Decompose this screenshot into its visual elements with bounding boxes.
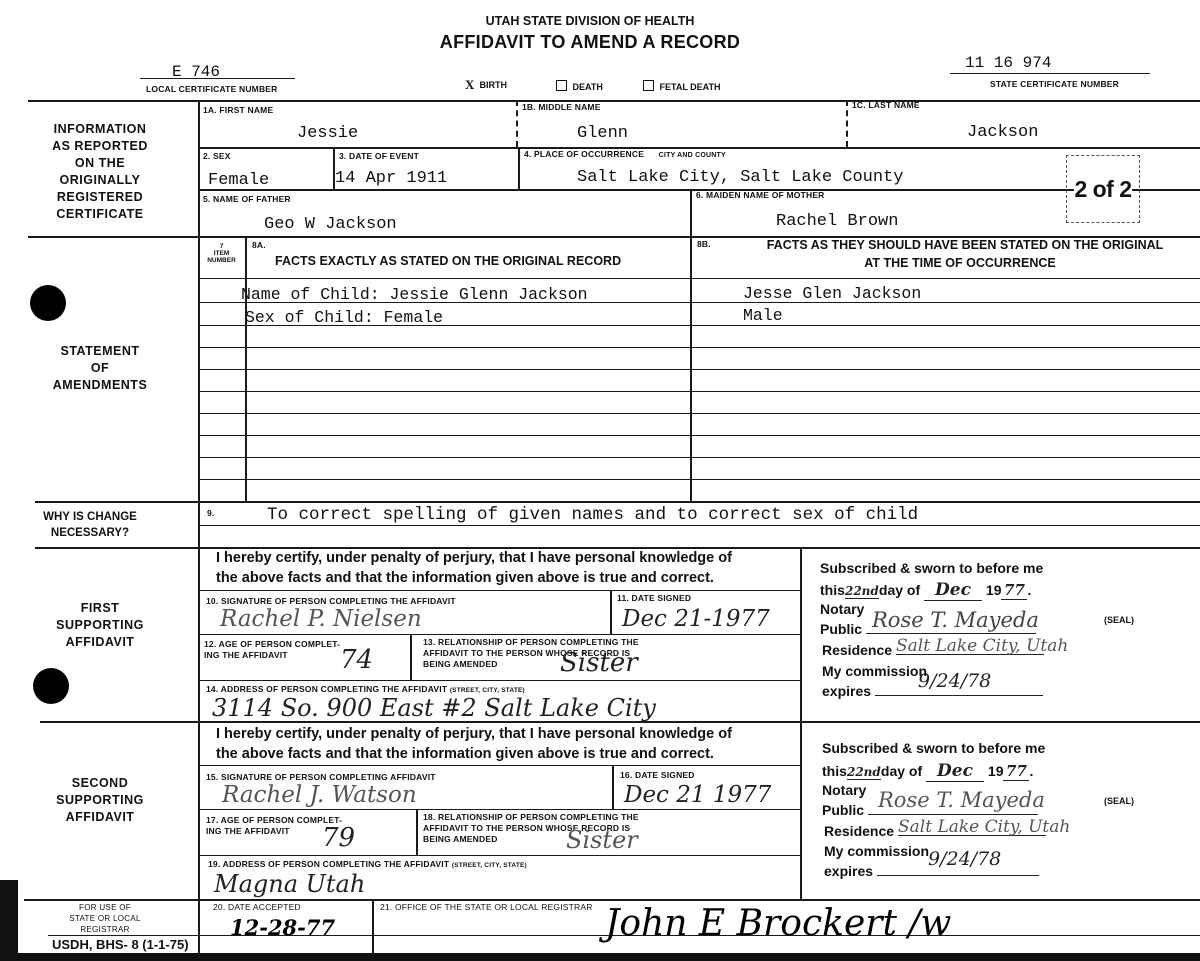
page-stamp: 2 of 2: [1066, 155, 1140, 223]
corrected-fact: Male: [743, 306, 783, 325]
divider: [198, 680, 800, 681]
divider: [198, 525, 1200, 526]
public-underline: [866, 633, 1036, 634]
section-label-line: FOR USE OF: [40, 902, 170, 913]
address-value: 3114 So. 900 East #2 Salt Lake City: [212, 694, 656, 722]
notary-name-value: Rose T. Mayeda: [878, 788, 1045, 812]
certification-line: the above facts and that the information…: [216, 568, 732, 588]
section-label-line: STATEMENT: [30, 343, 170, 360]
section-label-line: WHY IS CHANGE: [30, 509, 150, 525]
section-label-amendments: STATEMENT OF AMENDMENTS: [30, 343, 170, 394]
punch-hole: [30, 285, 66, 321]
commission-label: My commission: [824, 843, 929, 859]
divider: [410, 634, 412, 680]
divider: [690, 189, 692, 236]
address-sublabel: (STREET, CITY, STATE): [450, 687, 525, 694]
divider: [950, 73, 1150, 74]
section-label-line: ON THE: [30, 155, 170, 172]
section-label-line: ORIGINALLY: [30, 172, 170, 189]
section-label-line: AS REPORTED: [30, 138, 170, 155]
day-value: 22nd: [847, 765, 881, 780]
col-a-header: FACTS EXACTLY AS STATED ON THE ORIGINAL …: [275, 254, 621, 268]
public-label: Public: [820, 621, 862, 637]
year-value: 77: [1001, 581, 1027, 600]
sworn-date-line: this22ndday of Dec 1977.: [820, 580, 1031, 601]
address-label: 19. ADDRESS OF PERSON COMPLETING THE AFF…: [208, 859, 527, 869]
certification-statement: I hereby certify, under penalty of perju…: [216, 548, 732, 588]
page-stamp-text: 2 of 2: [1074, 176, 1131, 203]
section-label-line: CERTIFICATE: [30, 206, 170, 223]
section-label-line: AFFIDAVIT: [30, 809, 170, 826]
scan-edge-bottom: [0, 953, 1200, 961]
divider: [846, 100, 848, 147]
section-label-line: INFORMATION: [30, 121, 170, 138]
form-id: USDH, BHS- 8 (1-1-75): [50, 937, 191, 952]
divider: [610, 590, 612, 634]
divider: [198, 435, 1200, 436]
section-label-line: STATE OR LOCAL: [40, 913, 170, 924]
original-fact: Sex of Child: Female: [245, 308, 443, 327]
item-number-line: 7: [199, 243, 244, 250]
date-accepted-value: 12-28-77: [230, 915, 335, 940]
section-label-registrar: FOR USE OF STATE OR LOCAL REGISTRAR: [40, 902, 170, 935]
expires-underline: [877, 875, 1039, 876]
section-label-first-affidavit: FIRST SUPPORTING AFFIDAVIT: [30, 600, 170, 651]
col-a-number: 8A.: [252, 240, 266, 250]
expires-label: expires: [822, 683, 871, 699]
record-type-fetal-death[interactable]: FETAL DEATH: [643, 80, 721, 92]
residence-label: Residence: [824, 823, 894, 839]
record-type-death[interactable]: DEATH: [556, 80, 603, 92]
day-of-text: day of: [879, 582, 920, 598]
age-value: 79: [322, 823, 355, 853]
date-signed-value: Dec 21 1977: [624, 782, 771, 808]
divider: [198, 457, 1200, 458]
month-value: Dec: [926, 761, 984, 782]
expires-underline: [875, 695, 1043, 696]
place-label-text: 4. PLACE OF OCCURRENCE: [524, 149, 644, 159]
this-text: this: [820, 582, 845, 598]
mother-value: Rachel Brown: [776, 212, 898, 231]
residence-value: Salt Lake City, Utah: [898, 817, 1070, 837]
checkbox-unchecked[interactable]: [643, 80, 654, 91]
age-label: 12. AGE OF PERSON COMPLET- ING THE AFFID…: [204, 639, 340, 661]
corrected-fact: Jesse Glen Jackson: [743, 284, 921, 303]
reason-text: To correct spelling of given names and t…: [267, 505, 918, 525]
divider: [198, 634, 800, 635]
divider: [518, 147, 520, 189]
section-label-line: NECESSARY?: [30, 525, 150, 541]
address-sublabel: (STREET, CITY, STATE): [452, 862, 527, 869]
father-value: Geo W Jackson: [264, 215, 397, 234]
punch-hole: [33, 668, 69, 704]
date-of-event-value: 14 Apr 1911: [335, 169, 447, 188]
divider: [140, 78, 295, 79]
scan-edge-left: [0, 880, 18, 961]
divider: [198, 765, 800, 766]
expires-value: 9/24/78: [928, 848, 1001, 870]
divider: [198, 413, 1200, 414]
signature-label: 15. SIGNATURE OF PERSON COMPLETING AFFID…: [206, 772, 436, 782]
place-label: 4. PLACE OF OCCURRENCE CITY AND COUNTY: [524, 149, 726, 159]
seal-label: (SEAL): [1104, 615, 1134, 625]
middle-name-value: Glenn: [577, 124, 628, 143]
address-label: 14. ADDRESS OF PERSON COMPLETING THE AFF…: [206, 684, 525, 694]
year-prefix: 19: [988, 763, 1004, 779]
section-label-line: REGISTERED: [30, 189, 170, 206]
checkbox-checked[interactable]: X: [465, 80, 474, 89]
divider: [372, 899, 374, 953]
divider: [800, 547, 802, 721]
divider: [198, 369, 1200, 370]
divider: [198, 590, 800, 591]
section-label-reason: WHY IS CHANGE NECESSARY?: [30, 509, 150, 541]
expires-value: 9/24/78: [918, 670, 991, 692]
day-value: 22nd: [845, 584, 879, 599]
divider: [198, 809, 800, 810]
sex-value: Female: [208, 171, 269, 190]
registrar-office-label: 21. OFFICE OF THE STATE OR LOCAL REGISTR…: [380, 902, 593, 912]
month-value: Dec: [924, 580, 982, 601]
first-name-label: 1A. FIRST NAME: [203, 105, 273, 115]
state-certificate-number: 11 16 974: [965, 54, 1051, 72]
address-value: Magna Utah: [214, 870, 365, 898]
age-value: 74: [340, 645, 373, 675]
section-label-original: INFORMATION AS REPORTED ON THE ORIGINALL…: [30, 121, 170, 223]
signature-label: 10. SIGNATURE OF PERSON COMPLETING THE A…: [206, 596, 456, 606]
last-name-label: 1C. LAST NAME: [852, 100, 920, 110]
day-of-text: day of: [881, 763, 922, 779]
date-of-event-label: 3. DATE OF EVENT: [339, 151, 419, 161]
section-label-line: REGISTRAR: [40, 924, 170, 935]
commission-label: My commission: [822, 663, 927, 679]
subscribed-text: Subscribed & sworn to before me: [820, 560, 1043, 576]
agency-name: UTAH STATE DIVISION OF HEALTH: [0, 14, 1180, 28]
registrar-signature: John E Brockert /w: [605, 903, 951, 944]
sex-label: 2. SEX: [203, 151, 231, 161]
address-label-text: 14. ADDRESS OF PERSON COMPLETING THE AFF…: [206, 684, 447, 694]
divider: [516, 100, 518, 147]
divider: [198, 855, 800, 856]
reason-number: 9.: [207, 508, 215, 518]
item-number-header: 7 ITEM NUMBER: [199, 243, 244, 264]
divider: [28, 100, 1200, 102]
address-label-text: 19. ADDRESS OF PERSON COMPLETING THE AFF…: [208, 859, 449, 869]
date-signed-value: Dec 21-1977: [622, 606, 770, 632]
residence-label: Residence: [822, 642, 892, 658]
certification-line: I hereby certify, under penalty of perju…: [216, 548, 732, 568]
col-b-header-line: AT THE TIME OF OCCURRENCE: [690, 254, 1200, 272]
relationship-label-line: 13. RELATIONSHIP OF PERSON COMPLETING TH…: [423, 637, 639, 648]
public-underline: [868, 814, 1038, 815]
mother-label: 6. MAIDEN NAME OF MOTHER: [696, 190, 825, 200]
section-label-line: FIRST: [30, 600, 170, 617]
checkbox-label: FETAL DEATH: [660, 82, 721, 92]
seal-label: (SEAL): [1104, 796, 1134, 806]
date-signed-label: 11. DATE SIGNED: [617, 593, 691, 603]
expires-label: expires: [824, 863, 873, 879]
section-label-line: SECOND: [30, 775, 170, 792]
divider: [198, 347, 1200, 348]
notary-label: Notary: [822, 782, 866, 798]
state-certificate-label: STATE CERTIFICATE NUMBER: [990, 79, 1119, 89]
place-value: Salt Lake City, Salt Lake County: [577, 168, 903, 187]
checkbox-label: DEATH: [573, 82, 603, 92]
father-label: 5. NAME OF FATHER: [203, 194, 291, 204]
local-certificate-label: LOCAL CERTIFICATE NUMBER: [146, 84, 278, 94]
divider: [198, 278, 1200, 279]
last-name-value: Jackson: [967, 123, 1038, 142]
section-label-line: AFFIDAVIT: [30, 634, 170, 651]
divider: [612, 765, 614, 809]
section-label-line: SUPPORTING: [30, 792, 170, 809]
middle-name-label: 1B. MIDDLE NAME: [522, 102, 601, 112]
relationship-label-line: 18. RELATIONSHIP OF PERSON COMPLETING TH…: [423, 812, 639, 823]
residence-value: Salt Lake City, Utah: [896, 636, 1068, 656]
certification-line: I hereby certify, under penalty of perju…: [216, 724, 732, 744]
divider: [416, 809, 418, 855]
sworn-date-line: this22ndday of Dec 1977.: [822, 761, 1033, 782]
year-prefix: 19: [986, 582, 1002, 598]
section-label-line: AMENDMENTS: [30, 377, 170, 394]
divider: [198, 100, 200, 958]
subscribed-text: Subscribed & sworn to before me: [822, 740, 1045, 756]
divider: [800, 721, 802, 901]
col-b-header: FACTS AS THEY SHOULD HAVE BEEN STATED ON…: [690, 236, 1200, 272]
date-accepted-label: 20. DATE ACCEPTED: [213, 902, 301, 912]
certification-line: the above facts and that the information…: [216, 744, 732, 764]
notary-name-value: Rose T. Mayeda: [872, 608, 1039, 632]
year-value: 77: [1003, 762, 1029, 781]
section-label-second-affidavit: SECOND SUPPORTING AFFIDAVIT: [30, 775, 170, 826]
record-type-birth[interactable]: X BIRTH: [465, 80, 507, 90]
relationship-value: Sister: [566, 826, 638, 854]
checkbox-unchecked[interactable]: [556, 80, 567, 91]
place-sublabel: CITY AND COUNTY: [659, 152, 726, 159]
section-label-line: OF: [30, 360, 170, 377]
date-signed-label: 16. DATE SIGNED: [620, 770, 695, 780]
signature-value: Rachel J. Watson: [222, 782, 417, 808]
divider: [198, 391, 1200, 392]
first-name-value: Jessie: [297, 124, 358, 143]
col-b-header-line: FACTS AS THEY SHOULD HAVE BEEN STATED ON…: [690, 236, 1200, 254]
section-label-line: SUPPORTING: [30, 617, 170, 634]
certification-statement: I hereby certify, under penalty of perju…: [216, 724, 732, 764]
public-label: Public: [822, 802, 864, 818]
age-label-line: ING THE AFFIDAVIT: [204, 650, 340, 661]
relationship-value: Sister: [560, 648, 638, 678]
item-number-line: ITEM: [199, 250, 244, 257]
divider: [35, 501, 1200, 503]
item-number-line: NUMBER: [199, 257, 244, 264]
this-text: this: [822, 763, 847, 779]
age-label-line: 12. AGE OF PERSON COMPLET-: [204, 639, 340, 650]
divider: [198, 479, 1200, 480]
notary-label: Notary: [820, 601, 864, 617]
divider: [24, 899, 1200, 901]
original-fact: Name of Child: Jessie Glenn Jackson: [241, 285, 588, 304]
signature-value: Rachel P. Nielsen: [220, 606, 422, 632]
form-title: AFFIDAVIT TO AMEND A RECORD: [0, 32, 1180, 53]
checkbox-label: BIRTH: [480, 80, 508, 90]
